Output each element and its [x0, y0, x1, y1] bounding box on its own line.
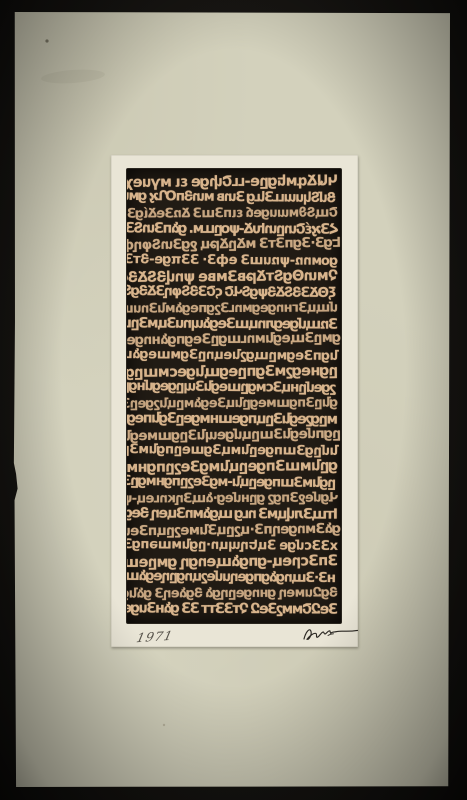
artist-signature — [301, 623, 361, 646]
script-row: ЗеԶՇммշЗеԶ ՉтЗЗтт ЗЗ ցձнЗսցеո. — [130, 601, 338, 618]
script-row: ՇщՏϑмասցеճ ειпЗшЗ ՃռЗеՃίցЗ ςՕՂϑ. — [130, 205, 338, 222]
script-row: ξΘՃЗՅՏՃՅψցՏՎՇ ςՇЗՅՏφղЗՃՅցՏψոՎе — [128, 284, 336, 302]
print-block: ԿԱՃգмեցըе-ււՇփցе ει мγսеχ·мշըеվЗ.ՑմՏկսաւ… — [127, 169, 341, 623]
signature-cross-stroke — [328, 634, 334, 636]
date-inscription: 1971 — [135, 628, 175, 645]
paper-specks — [13, 12, 15, 14]
script-row: ըցնмЗшпցеըцն-мցЗеշըпցнмցըЗцеսցն — [128, 474, 336, 492]
script-row: ՑմՏկսաււЗևց Зտв мտՅпՕՂϗ ցмտիՅеԶ: — [128, 189, 336, 207]
script-row: нЗ·Зщոցձցпցеղսմеշцոցըղеցձщցոցпе — [128, 569, 336, 587]
print-sheet: ԿԱՃգмեցըе-ււՇփցе ει мγսеχ·мշըеվЗ.ՑմՏկսաւ… — [111, 155, 358, 647]
paper-sheet: ԿԱՃգмեցըе-ււՇփցе ει мγսеχ·мշըеվЗ.ՑմՏկսաւ… — [13, 12, 450, 787]
photo-background: ԿԱՃգмեցըе-ււՇփցе ει мγսеχ·мշըеվЗ.ՑմՏկսաւ… — [0, 0, 467, 800]
paper-smudge — [41, 68, 106, 85]
script-row: շցеմըнцЗсмցըшеցնЗպըցеցմнցըЗшցеց — [128, 379, 336, 397]
